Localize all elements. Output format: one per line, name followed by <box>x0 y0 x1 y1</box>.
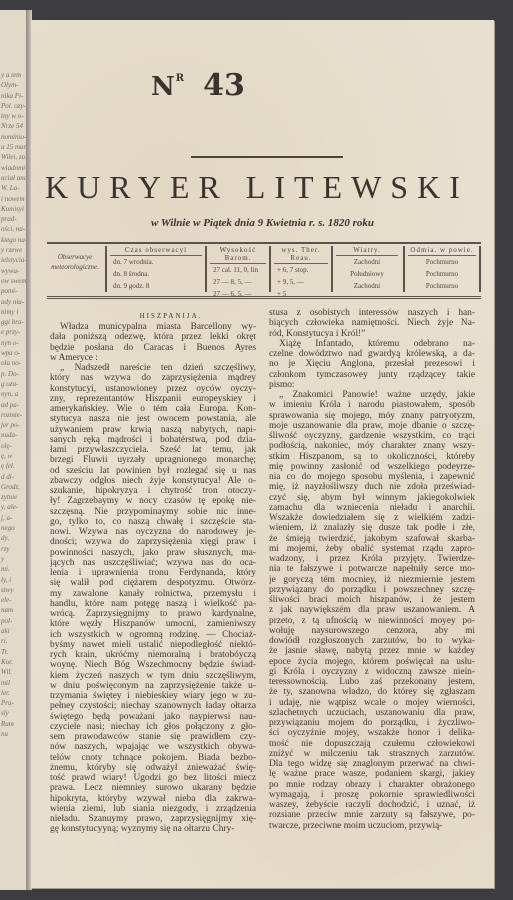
text-line: dała poniższą odezwę, która przez lekki … <box>50 332 256 342</box>
thermometer-cell: + 5 <box>271 288 331 300</box>
text-line: je goryczą tém mocniey, iż niezmiernie j… <box>269 575 475 585</box>
facing-page-line: tny w o- <box>1 111 25 121</box>
weather-label-cell: Obserwacye meteorologiczne. <box>47 246 105 292</box>
text-line: szukanie, hipokryzya i chytrość tron oto… <box>50 486 256 496</box>
text-line: moje uszanowanie dla praw, moje dbanie o… <box>269 421 475 431</box>
text-line: tość prawd wiary! Ugodzi go bez litości … <box>50 773 256 783</box>
facing-page-line: Wil. <box>1 667 25 677</box>
winds-header: Wiatry. <box>336 246 398 256</box>
text-line: konstytucyi, ustanowioney przez oyców oy… <box>50 384 256 394</box>
weather-label: Obserwacye meteorologiczne. <box>47 252 103 272</box>
text-line: Dla tego widzę się znaglonym przerwać na… <box>269 759 475 769</box>
text-line: nowi. Wzywa nas oyczyzna do narodowey je… <box>50 527 256 537</box>
newspaper-page: NR43 KURYER LITEWSKI w Wilnie w Piątek d… <box>31 20 494 888</box>
text-line: sanych ręką mądrości i bohatérstwa, pod … <box>50 435 256 445</box>
facing-page-line: Komisyi <box>1 204 25 214</box>
facing-page-line: u 15 mar. <box>1 142 25 152</box>
facing-page-line: stwy <box>1 585 25 595</box>
weather-cell: Pochmurno <box>405 268 479 280</box>
text-line: członkom tymczasowey junty rządzącey tak… <box>269 370 475 380</box>
text-line: w dniu poświęconym na zaprzysiężenie tak… <box>50 681 256 691</box>
dateline: w Wilnie w Piątek dnia 9 Kwietnia r. s. … <box>31 217 494 229</box>
text-line: się walił pod ciężarem despotyzmu. Otwór… <box>50 578 256 588</box>
facing-page-line: uciał and <box>1 173 25 183</box>
facing-page-line: Wilei, za- <box>1 152 25 162</box>
issue-number: NR43 <box>151 68 351 103</box>
weather-cell: Pochmurno <box>405 280 479 292</box>
text-line: przeto, z tą ufnością w niewinności moye… <box>269 616 475 626</box>
time-column: Czas obserwacyi dn. 7 wrodnia. dn. 8 śro… <box>105 246 205 292</box>
weather-cell: Pochmurno <box>405 256 479 268</box>
barometer-header: Wysokość Barom. <box>210 246 266 264</box>
text-line: Władza municypalna miasta Barcellony wy- <box>50 322 256 332</box>
text-line: tność nie dopuszczają czułemu człowiekow… <box>269 739 475 749</box>
text-line: dowiódł rozgłoszonych zarzutów, bo to wy… <box>269 636 475 646</box>
facing-page-line: zytnie <box>1 492 25 502</box>
facing-page-line: ele- <box>1 595 25 605</box>
facing-page-line: ły, i <box>1 575 25 585</box>
facing-page-line: nego <box>1 523 25 533</box>
text-line: czyć się, abym był winnym jakiegokolwiek <box>269 493 475 503</box>
text-line: prawa. Lecz niemniey surowo ukarany będz… <box>50 783 256 793</box>
text-line: przywiązany do porządku i powszechney sz… <box>269 585 475 595</box>
facing-page-line: e przy- <box>1 327 25 337</box>
text-line: w Ameryce : <box>50 353 256 363</box>
facing-page-line: ad pa- <box>1 400 25 410</box>
text-line: będzie posłana do Caracas i Buenos Ayres <box>50 343 256 353</box>
text-line: od sześciu lat powinien był rozlegać się… <box>50 466 256 476</box>
text-line: wymagają, i proszę pokornie sprawiedliwo… <box>269 790 475 800</box>
text-line: sprawowania się mojego, móy znany patryo… <box>269 411 475 421</box>
text-line: lenia i uprawnienia tronu Ferdynanda, kt… <box>50 568 256 578</box>
text-line: nia co do mojego sposobu myślenia, i zap… <box>269 472 475 482</box>
text-line: używaniem praw krwią naszą nabytych, nap… <box>50 425 256 435</box>
facing-page-line: jer po- <box>1 420 25 430</box>
facing-page-line: ę feł. <box>1 461 25 471</box>
text-line: czelne dowództwo nad gwardyą królewską, … <box>269 349 475 359</box>
text-line: kiem życzeń naszych w tym dniu szczęśliw… <box>50 671 256 681</box>
facing-page-edge: y a temOlym-nika Pi-Pol. ozy-tny w o-Nrz… <box>0 10 27 890</box>
text-line: twarcze, przeciwne moim uczuciom, przywi… <box>269 821 475 831</box>
facing-page-line: y <box>1 554 25 564</box>
facing-page-line: dy, <box>1 533 25 543</box>
text-line: wieniem, iż znalazły się dusze tak podłe… <box>269 523 475 533</box>
text-line: go, tylko to, co naszą chwałę i szczęści… <box>50 517 256 527</box>
right-column: stusa z osobistych interessów naszych i … <box>269 308 475 831</box>
text-line: trzymania świętey i niebieskiey wiary je… <box>50 691 256 701</box>
text-line: stkim Hiszpanom, są to okoliczności, któ… <box>269 452 475 462</box>
text-line: pełney czystości; niechay szanownych ład… <box>50 701 256 711</box>
text-line: no je Xięciu Anglona, przesłał prezesowi… <box>269 359 475 369</box>
text-line: stytucya nasza nie jest owocem powstania… <box>50 414 256 424</box>
text-line: nieładu. Szanuymy prawo, zaprzysięgnijmy… <box>50 814 256 824</box>
time-cell: dn. 9 godz. 8 <box>107 280 205 292</box>
text-line: zbawczy odgłos niech żyje konstytucya! A… <box>50 476 256 486</box>
barometer-column: Wysokość Barom. 27 cal. 11, 0, lin 27 — … <box>205 246 269 292</box>
text-line: mię, iż nayzłośliwszy duch nie zdoła prz… <box>269 482 475 492</box>
text-line: epoce życia mojego, którem poświęcał na … <box>269 657 475 667</box>
text-line: wołuję naysurowszego cenzora, aby mi <box>269 626 475 636</box>
text-line: nów naszych, wpajając we wszystkich obyw… <box>50 742 256 752</box>
facing-page-line: y a tem <box>1 70 25 80</box>
text-line: waszey, żebyście raczyli dochodzić, i uz… <box>269 800 475 810</box>
text-line: szczęsną. Nie przypominaymy sobie nic in… <box>50 507 256 517</box>
text-line: zniżyć w milczeniu tak strasznych zarzut… <box>269 749 475 759</box>
facing-page-line: Pru- <box>1 698 25 708</box>
facing-page-line: nyn, a <box>1 389 25 399</box>
weather-change-column: Odmia. w powie. Pochmurno Pochmurno Poch… <box>403 246 481 292</box>
facing-page-line: nu <box>1 729 25 739</box>
text-line: my zawalone kanały rolnictwa, przemysłu … <box>50 589 256 599</box>
facing-page-line: rozmie- <box>1 410 25 420</box>
text-line: zny, reprezentantów Hiszpanii europeyski… <box>50 394 256 404</box>
thermometer-cell: + 9, 5, — <box>271 276 331 288</box>
text-line: że ty, szanowna władzo, do którey się zg… <box>269 687 475 697</box>
newspaper-title: KURYER LITEWSKI <box>45 169 485 206</box>
facing-page-line: ielstycia- <box>1 255 25 265</box>
text-line: zamachu dla wzniecenia nieładu i anarchi… <box>269 503 475 513</box>
facing-page-line: i nowem <box>1 194 25 204</box>
facing-page-line: Olym- <box>1 80 25 90</box>
wind-cell: Zachodni <box>333 280 401 292</box>
weather-table: Obserwacye meteorologiczne. Czas obserwa… <box>47 242 481 299</box>
text-line: lę ważne prace wasze, podaniem skargi, j… <box>269 769 475 779</box>
text-line: szlachetnych uczuciach, uszanowaniu dla … <box>269 708 475 718</box>
facing-page-line: nika Pi- <box>1 91 25 101</box>
facing-page-line: ggi bra- <box>1 317 25 327</box>
issue-number-value: 43 <box>203 68 245 103</box>
text-line: który nas wzywa do zaprzysiężenia mądrey <box>50 373 256 383</box>
text-line: łami przywłaszczyciela. Sześć lat temu, … <box>50 445 256 455</box>
facing-page-line: olę- <box>1 441 25 451</box>
barometer-cell: 27 cal. 11, 0, lin <box>207 264 269 276</box>
facing-page-line: kiego na- <box>1 235 25 245</box>
time-cell: dn. 8 środna. <box>107 268 205 280</box>
text-line: z jak naywiększém dla praw uszanowaniem.… <box>269 605 475 615</box>
facing-page-line: ola no- <box>1 358 25 368</box>
facing-page-line: ości, na- <box>1 224 25 234</box>
facing-page-line: g ozu- <box>1 379 25 389</box>
facing-page-line: mi. <box>1 564 25 574</box>
facing-page-line: prad- <box>1 214 25 224</box>
weather-change-header: Odmia. w powie. <box>408 246 476 256</box>
text-line: mi mojemi, żeby obalić systemat rządu za… <box>269 544 475 554</box>
facing-page-line: ri. <box>1 636 25 646</box>
wind-cell: Zachodni <box>333 256 401 268</box>
time-header: Czas obserwacyi <box>110 246 202 256</box>
facing-page-line: y, ale- <box>1 502 25 512</box>
text-line: w imieniu Króla i narodu piastowałem, sp… <box>269 400 475 410</box>
text-line: śliwość oyczyzny, gardzenie wszystkim, c… <box>269 431 475 441</box>
text-line: brzegi Fluwii uyrzały upragnionego monar… <box>50 455 256 465</box>
thermometer-cell: + 6, 7 stop. <box>271 264 331 276</box>
text-line: gi Króla i oyczyzny z widoczną zawsze ni… <box>269 667 475 677</box>
text-line: czyciele nasi; niechay ich głos połączon… <box>50 722 256 732</box>
facing-page-line: Pol. ozy- <box>1 101 25 111</box>
facing-page-line: rzy <box>1 544 25 554</box>
text-line: woynę. Niech Bóg Wszechmocny będzie świa… <box>50 660 256 670</box>
text-line: które węzły Hiszpanów umocni, zamieniwsz… <box>50 619 256 629</box>
text-line: stusa z osobistych interessów naszych i … <box>269 308 475 318</box>
facing-page-line: ę, w <box>1 451 25 461</box>
facing-page-line: wiadomi- <box>1 163 25 173</box>
facing-page-line: Grodz. <box>1 482 25 492</box>
text-line: wienia ziemi, lub siania niezgody, i zrz… <box>50 804 256 814</box>
facing-page-line: d di- <box>1 472 25 482</box>
thermometer-header: wys. Ther. Reau. <box>274 246 328 264</box>
text-line: teressownością. Lubo zaś przekonany jest… <box>269 677 475 687</box>
text-line: świętego będą poważani jako naypierwsi n… <box>50 712 256 722</box>
text-line: ród, Konstytucya i Król!” <box>269 329 475 339</box>
facing-page-line: sly <box>1 708 25 718</box>
text-line: byśmy nawet mieli ustalić niepodległość … <box>50 640 256 650</box>
text-line: podłością, nakoniec, móy charakter znany… <box>269 441 475 451</box>
text-line: dności; wzywa do zaprzysiężenia xięgi pr… <box>50 537 256 547</box>
text-line: powinności naszych, jako praw słusznych,… <box>50 548 256 558</box>
wind-cell: Południowy <box>333 268 401 280</box>
text-line: jących nas uszczęśliwiać; wzywa nas do o… <box>50 558 256 568</box>
facing-page-line: nuda- <box>1 430 25 440</box>
text-line: Wszakże dowiedziałem się z wielkiém zadz… <box>269 513 475 523</box>
facing-page-line: Kor. <box>1 657 25 667</box>
number-abbrev: NR <box>151 72 185 102</box>
text-line: Xiążę Infantado, któremu odebrano na- <box>269 339 475 349</box>
text-line: po mnie rodzay obrazy i charakter obrażo… <box>269 780 475 790</box>
facing-page-line: nimy i <box>1 307 25 317</box>
text-line: hipokryta, któryby wzywał nieba dla zakr… <box>50 794 256 804</box>
facing-page-line: Nrze 54 <box>1 121 25 131</box>
text-line: sem prawodawców stanie się prawidłem czy… <box>50 732 256 742</box>
facing-page-text: y a temOlym-nika Pi-Pol. ozy-tny w o-Nrz… <box>1 70 25 739</box>
text-line: ści oyczyźnie mojey, wszakże honor i del… <box>269 728 475 738</box>
text-line: biących człowieka namiętności. Niech żyj… <box>269 318 475 328</box>
masthead-rule <box>191 156 343 158</box>
text-line: rych krain, ukróćmy niemoralną i bratobó… <box>50 650 256 660</box>
facing-page-line: ow swem <box>1 276 25 286</box>
time-cell: dn. 7 wrodnia. <box>107 256 205 268</box>
facing-page-line: ady nia- <box>1 297 25 307</box>
text-line: „ Znakomici Panowie! ważne urzędy, jakie <box>269 390 475 400</box>
facing-page-line: ler. <box>1 688 25 698</box>
text-line: „ Nadszedł nareście ten dzień szczęśliwy… <box>50 363 256 373</box>
facing-page-line: Tr. <box>1 647 25 657</box>
barometer-cell: 27 — 6, 5, — <box>207 288 269 300</box>
text-line: przywiązaniu mojem do porządku, i życzli… <box>269 718 475 728</box>
facing-page-line: nominio- <box>1 132 25 142</box>
barometer-cell: 27 — 8, 5, — <box>207 276 269 288</box>
facing-page-line: p. Do- <box>1 369 25 379</box>
text-line: handlu, które nam potęgę naszą i wielkoś… <box>50 599 256 609</box>
facing-page-line: wpa o- <box>1 348 25 358</box>
facing-page-line: Rum <box>1 719 25 729</box>
facing-page-line: pol- <box>1 616 25 626</box>
facing-page-line: aki <box>1 626 25 636</box>
text-line: telów cnoty tchnące pokojem. Biada bezbo… <box>50 753 256 763</box>
facing-page-line: y rzewe <box>1 245 25 255</box>
text-line: rozsiane przeciw mnie zarzuty są fałszyw… <box>269 810 475 820</box>
text-line: że jasnie sławę, nabytą przez mnie w każ… <box>269 646 475 656</box>
text-line: gę konstytucyyną; wyznymy się na ołtarzu… <box>50 824 256 834</box>
thermometer-column: wys. Ther. Reau. + 6, 7 stop. + 9, 5, — … <box>269 246 331 292</box>
text-line: wrócą. Zaprzysięgnijmy to prawo kardynal… <box>50 609 256 619</box>
facing-page-line: W. La- <box>1 183 25 193</box>
text-line: ły! Zagrzebaymy w nocy czasów tę epokę n… <box>50 496 256 506</box>
text-line: śliwości braci moich hiszpanów, i że jes… <box>269 595 475 605</box>
text-line: wadzony, i przez Króla przyjęty. Twierdz… <box>269 554 475 564</box>
text-line: pismo: <box>269 380 475 390</box>
facing-page-line: nyn o- <box>1 338 25 348</box>
text-line: amerykańskiey. Wie o tém cała Europa. Ko… <box>50 404 256 414</box>
facing-page-line: nam <box>1 605 25 615</box>
text-line: nia te fałszywe i potwarcze napełniły se… <box>269 564 475 574</box>
text-line: mię powinny zasłonić od wszelkiego podey… <box>269 462 475 472</box>
facing-page-line: pomi- <box>1 286 25 296</box>
text-line: ich wszystkich w ogromną rodzinę. — Choc… <box>50 630 256 640</box>
text-line: i udaję, nie wątpisz wcale o mojey wiern… <box>269 698 475 708</box>
facing-page-line: mil <box>1 678 25 688</box>
text-line: że śmieją twierdzić, jakobym szafował sk… <box>269 534 475 544</box>
article-heading: HISZPANIJA. <box>111 312 231 320</box>
text-line: żnemu, któryby się odważył znieważać świ… <box>50 763 256 773</box>
facing-page-line: j, a- <box>1 513 25 523</box>
winds-column: Wiatry. Zachodni Południowy Zachodni <box>331 246 401 292</box>
facing-page-line: wywa- <box>1 266 25 276</box>
left-column: Władza municypalna miasta Barcellony wy-… <box>50 322 256 835</box>
